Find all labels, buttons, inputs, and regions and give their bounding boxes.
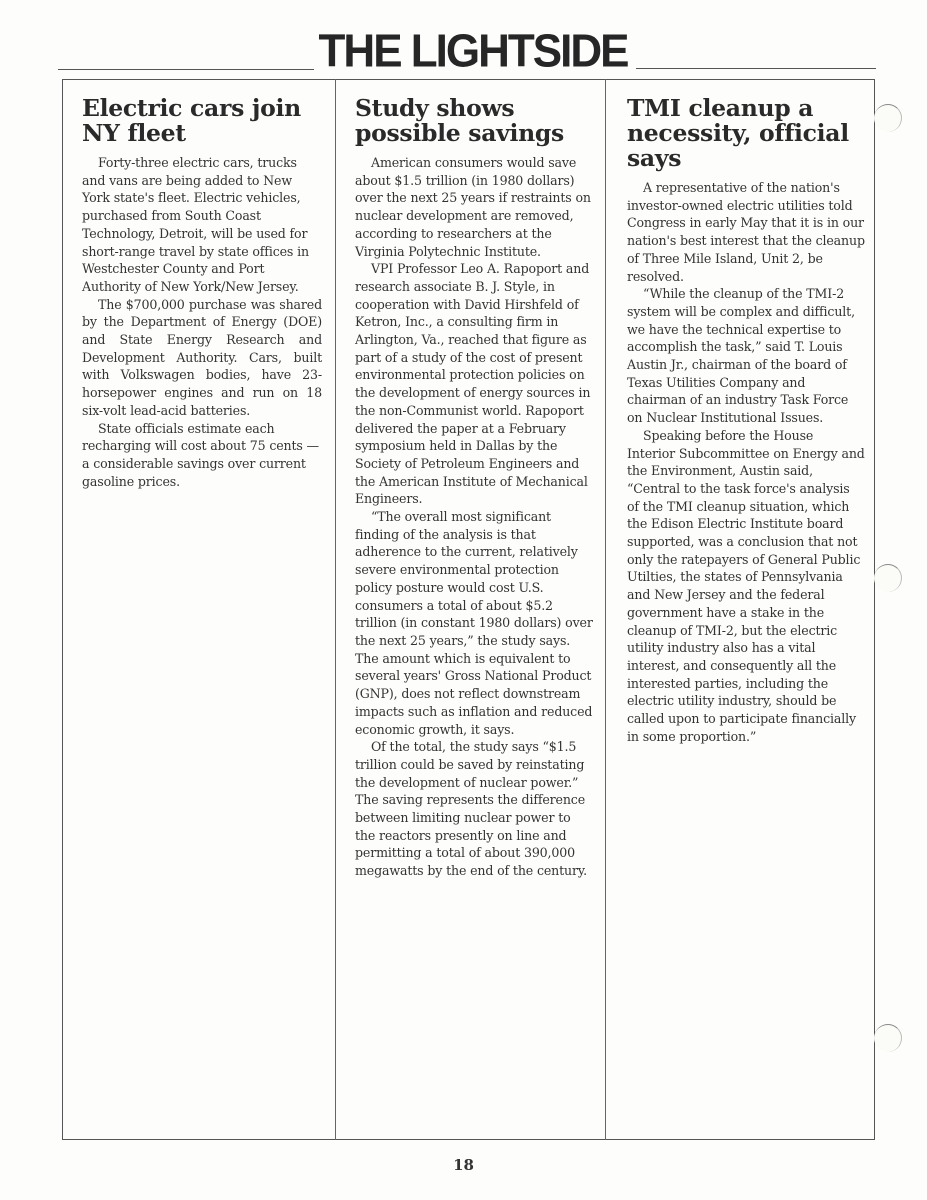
article-paragraph: A representative of the nation's investo… [627, 179, 865, 285]
article-paragraph: Forty-three electric cars, trucks and va… [82, 154, 322, 296]
binder-hole-icon [874, 564, 902, 592]
article-tmi-cleanup: TMI cleanup a necessity, official says A… [627, 96, 865, 746]
article-headline: Study shows possible savings [355, 96, 593, 146]
article-headline: TMI cleanup a necessity, official says [627, 96, 865, 171]
column-divider [605, 79, 606, 1140]
article-paragraph: Speaking before the House Interior Subco… [627, 427, 865, 746]
article-paragraph: The $700,000 purchase was shared by the … [82, 296, 322, 420]
page-number: 18 [0, 1156, 927, 1174]
article-headline: Electric cars join NY fleet [82, 96, 322, 146]
article-paragraph: American consumers would save about $1.5… [355, 154, 593, 260]
masthead-title: THE LIGHTSIDE [312, 25, 634, 80]
article-paragraph: “While the cleanup of the TMI-2 system w… [627, 285, 865, 427]
article-paragraph: Of the total, the study says “$1.5 trill… [355, 738, 593, 880]
binder-hole-icon [874, 1024, 902, 1052]
masthead-rule-right [636, 68, 876, 69]
article-study-savings: Study shows possible savings American co… [355, 96, 593, 880]
article-electric-cars: Electric cars join NY fleet Forty-three … [82, 96, 322, 490]
article-paragraph: VPI Professor Leo A. Rapoport and resear… [355, 260, 593, 508]
article-paragraph: “The overall most significant finding of… [355, 508, 593, 738]
column-divider [335, 79, 336, 1140]
article-paragraph: State officials estimate each recharging… [82, 420, 322, 491]
binder-hole-icon [874, 104, 902, 132]
masthead-rule-left [58, 69, 314, 70]
